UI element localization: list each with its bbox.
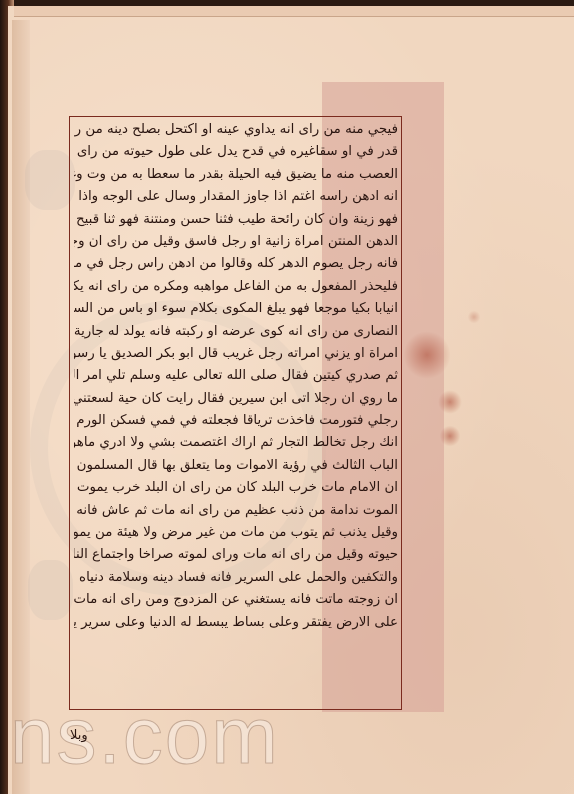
text-line: رجلي فتورمت فاخذت ترياقا فجعلته في فمي ف… [74,410,398,432]
text-line: انيابا بكيا موجعا فهو يبلغ المكوى بكلام … [74,298,398,320]
text-line: حيوته وقيل من راى انه مات وراى لموته صرا… [74,544,398,566]
text-line: العصب منه ما يضيق فيه الحيلة بقدر ما سعط… [74,164,398,186]
watermark-flourish-icon [25,150,75,210]
text-line: الدهن المنتن امراة زانية او رجل فاسق وقي… [74,231,398,253]
text-line: فيجي منه من راى انه يداوي عينه او اكتحل … [74,119,398,141]
text-line: فهو زينة وان كان رائحة طيب فثنا حسن ومنت… [74,209,398,231]
text-line: ثم صدري كيتين فقال صلى الله تعالى عليه و… [74,365,398,387]
text-line: امراة او يزني امراته رجل غريب قال ابو بك… [74,343,398,365]
page-top-edge [14,6,574,17]
text-line: وقيل يذنب ثم يتوب من مات من غير مرض ولا … [74,522,398,544]
manuscript-text-block: فيجي منه من راى انه يداوي عينه او اكتحل … [74,119,398,634]
chapter-heading-line: الباب الثالث في رؤية الاموات وما يتعلق ب… [74,455,398,477]
text-line: النصارى من راى انه كوى عرضه او ركبته فان… [74,321,398,343]
text-line: والتكفين والحمل على السرير فانه فساد دين… [74,567,398,589]
text-line: انك رجل تخالط التجار ثم اراك اغتصمت بشي … [74,432,398,454]
watermark-flourish-icon [28,560,73,620]
foxing-stain [438,390,462,414]
foxing-stain [440,425,460,447]
text-line: ما روي ان رجلا اتى ابن سيرين فقال رايت ك… [74,388,398,410]
text-line: الموت ندامة من ذنب عظيم من راى انه مات ث… [74,500,398,522]
text-line: فانه رجل يصوم الدهر كله وقالوا من ادهن ر… [74,253,398,275]
text-line: انه ادهن راسه اغتم اذا جاوز المقدار وسال… [74,186,398,208]
text-line: ان الامام مات خرب البلد كان من راى ان ال… [74,477,398,499]
catchword: وبلا [70,728,88,743]
foxing-stain [468,310,480,324]
page-left-margin [12,20,30,794]
text-line: على الارض يفتقر وعلى بساط يبسط له الدنيا… [74,612,398,634]
text-line: قدر في او سقاغيره في قدح يدل على طول حيو… [74,141,398,163]
text-line: فليحذر المفعول به من الفاعل مواهبه ومكره… [74,276,398,298]
foxing-stain [404,330,450,380]
site-watermark: ns.com [10,690,280,782]
text-line: ان زوجته ماتت فانه يستغني عن المزدوج ومن… [74,589,398,611]
